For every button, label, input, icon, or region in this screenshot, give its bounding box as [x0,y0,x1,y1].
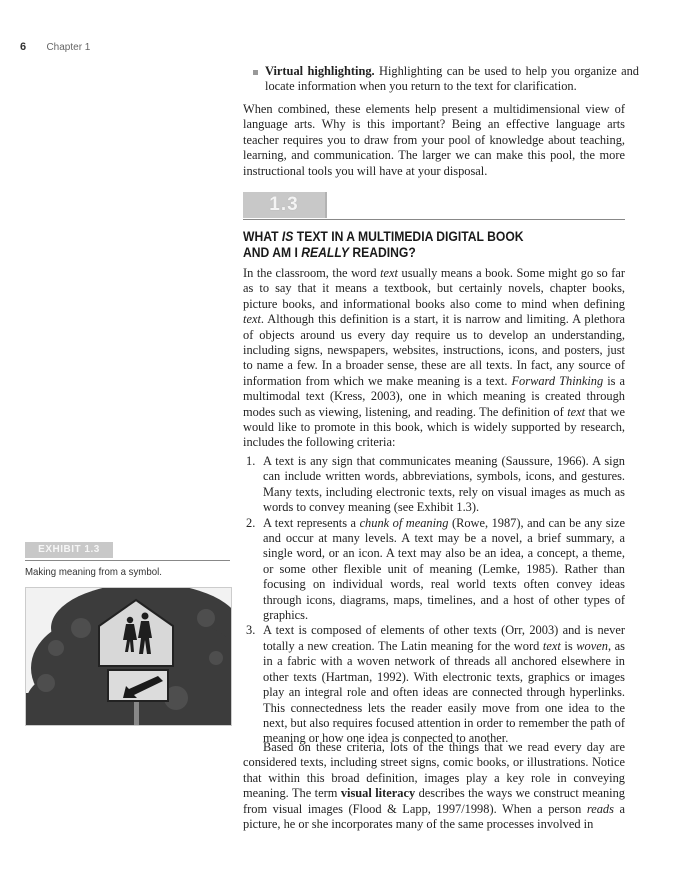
text-emph: text [380,266,398,280]
item-number: 3. [246,623,255,638]
text-run: (Rowe, 1987), and can be any size and oc… [263,516,625,622]
text-emph: Forward Thinking [511,374,603,388]
title-emph: REALLY [301,245,349,260]
exhibit-photo [25,587,232,726]
bullet-item: Virtual highlighting. Highlighting can b… [251,64,639,95]
criteria-item: 3. A text is composed of elements of oth… [243,623,625,746]
text-run: , as in a fabric with a woven network of… [263,639,625,745]
exhibit-caption: Making meaning from a symbol. [25,566,162,578]
text-emph: chunk of meaning [360,516,449,530]
text-emph: woven [576,639,608,653]
paragraph-3: Based on these criteria, lots of the thi… [243,740,625,832]
criteria-list: 1. A text is any sign that communicates … [243,454,625,747]
paragraph-2: In the classroom, the word text usually … [243,266,625,451]
criteria-item: 2. A text represents a chunk of meaning … [243,516,625,624]
section-rule [243,219,625,220]
exhibit-label-badge: EXHIBIT 1.3 [25,542,113,558]
school-crossing-sign-image [26,588,231,725]
title-part: AND AM I [243,245,301,260]
exhibit-rule [25,560,230,561]
text-emph: text [543,639,561,653]
bullet-square-icon [253,70,258,75]
criteria-item: 1. A text is any sign that communicates … [243,454,625,516]
text-emph: text [243,312,261,326]
page-number: 6 [20,41,42,53]
title-part: READING? [349,245,416,260]
text-emph: text [567,405,585,419]
text-run: A text is any sign that communicates mea… [263,454,625,514]
section-title: WHAT IS TEXT IN A MULTIMEDIA DIGITAL BOO… [243,229,587,261]
title-part: WHAT [243,229,282,244]
paragraph-1: When combined, these elements help prese… [243,102,625,179]
text-run: A text represents a [263,516,360,530]
section-number: 1.3 [243,192,325,218]
section-number-badge: 1.3 [243,192,327,218]
title-part: TEXT IN A MULTIMEDIA DIGITAL BOOK [293,229,523,244]
bullet-term: Virtual highlighting. [265,64,375,78]
running-head: 6 Chapter 1 [20,37,90,55]
text-run: is [561,639,577,653]
text-run: In the classroom, the word [243,266,380,280]
item-number: 2. [246,516,255,531]
title-emph: IS [282,229,293,244]
chapter-label: Chapter 1 [46,42,90,53]
item-number: 1. [246,454,255,469]
text-emph: reads [587,802,614,816]
text-bold: visual literacy [341,786,415,800]
exhibit-label: EXHIBIT 1.3 [25,542,113,558]
